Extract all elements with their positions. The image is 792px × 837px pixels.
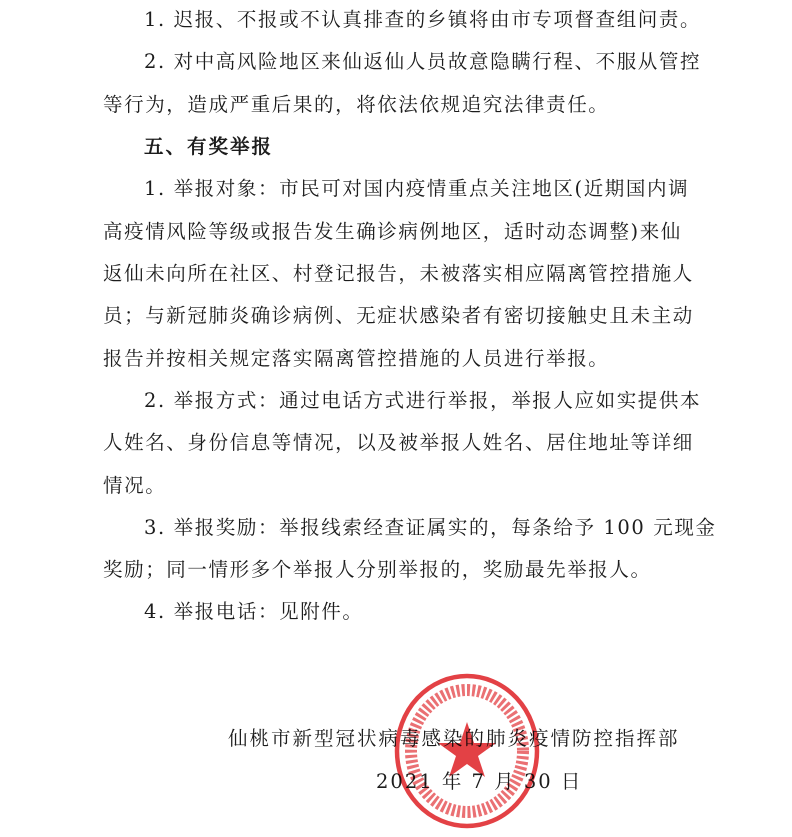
report-target-line-1: 1. 举报对象：市民可对国内疫情重点关注地区(近期国内调 <box>144 177 689 201</box>
paragraph-accountability-1: 1. 迟报、不报或不认真排查的乡镇将由市专项督查组问责。 <box>144 8 701 32</box>
star-icon <box>438 722 496 777</box>
paragraph-accountability-2-line-2: 等行为，造成严重后果的，将依法依规追究法律责任。 <box>103 93 609 117</box>
report-reward-line-2: 奖励；同一情形多个举报人分别举报的，奖励最先举报人。 <box>103 558 652 582</box>
report-target-line-4: 员；与新冠肺炎确诊病例、无症状感染者有密切接触史且未主动 <box>103 304 694 328</box>
report-target-line-3: 返仙未向所在社区、村登记报告，未被落实相应隔离管控措施人 <box>103 262 694 286</box>
section-heading-rewarded-reporting: 五、有奖举报 <box>144 135 273 159</box>
report-method-line-1: 2. 举报方式：通过电话方式进行举报，举报人应如实提供本 <box>144 389 701 413</box>
official-seal <box>393 672 541 830</box>
seal-graphic <box>393 672 541 830</box>
report-phone-line: 4. 举报电话：见附件。 <box>144 600 364 624</box>
paragraph-accountability-2-line-1: 2. 对中高风险地区来仙返仙人员故意隐瞒行程、不服从管控 <box>144 50 701 74</box>
report-target-line-5: 报告并按相关规定落实隔离管控措施的人员进行举报。 <box>103 347 609 371</box>
report-target-line-2: 高疫情风险等级或报告发生确诊病例地区，适时动态调整)来仙 <box>103 220 682 244</box>
report-method-line-2: 人姓名、身份信息等情况，以及被举报人姓名、居住地址等详细 <box>103 431 694 455</box>
report-reward-line-1: 3. 举报奖励：举报线索经查证属实的，每条给予 100 元现金 <box>144 516 717 540</box>
document-page: 1. 迟报、不报或不认真排查的乡镇将由市专项督查组问责。 2. 对中高风险地区来… <box>0 0 792 837</box>
report-method-line-3: 情况。 <box>103 474 166 498</box>
